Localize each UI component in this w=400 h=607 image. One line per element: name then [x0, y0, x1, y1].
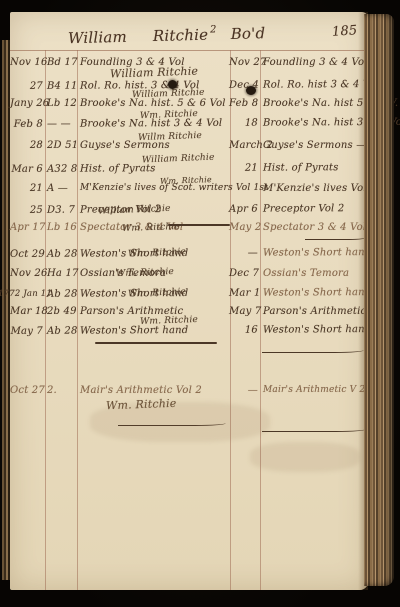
borrowed-annotation: Bo'd: [230, 24, 265, 43]
return-title: Mair's Arithmetic V 2: [263, 385, 367, 396]
return-title: Guyse's Sermons —: [263, 140, 367, 151]
return-date: Nov 27: [229, 57, 258, 68]
borrow-date: Jany 26: [10, 98, 43, 109]
shelf-code: D3. 7: [47, 205, 76, 216]
return-date: —: [229, 385, 258, 396]
borrower-signature: William Ritchie: [98, 204, 171, 218]
shelf-code: Ab 28: [47, 326, 76, 337]
return-date: Mar 1: [229, 288, 258, 299]
return-title: Ossian's Temora: [263, 268, 367, 279]
return-title: Spectator 3 & 4 Vol: [263, 222, 367, 233]
borrower-signature: Wm. Ritchie: [160, 174, 212, 187]
return-date: 16: [229, 325, 258, 336]
borrow-date: 27: [10, 81, 43, 92]
return-date: March 2: [229, 140, 258, 151]
borrower-signature: Wm. Ritchie: [140, 109, 198, 122]
ink-stroke: [168, 224, 230, 226]
ledger-entry: Oct 27 2. Mair's Arithmetic Vol 2 Wm. Ri…: [10, 385, 368, 403]
shelf-code: Ab 28: [47, 289, 76, 300]
shelf-code: Lb 12: [47, 98, 76, 109]
ledger-entry: Mar 18 2b 49 Parson's Arithmetic Wm. Rit…: [10, 306, 368, 324]
shelf-code: Bd 17: [47, 57, 76, 68]
ledger-entry: 25 D3. 7 Preceptor Vol 2 William Ritchie…: [10, 203, 368, 223]
shelf-code: Ha 17: [47, 268, 76, 279]
shelf-code: — —: [47, 119, 76, 130]
book-title: Mair's Arithmetic Vol 2: [80, 385, 230, 396]
borrow-date: Mar 6: [10, 164, 43, 175]
page-number: 185: [332, 25, 358, 38]
shelf-code: 2D 51: [47, 140, 76, 151]
borrow-date: May 7: [10, 326, 43, 337]
shelf-code: A32 8: [47, 164, 76, 175]
ink-stroke: [262, 349, 364, 353]
borrow-date: 25: [10, 205, 43, 216]
borrow-date: Feb 8: [10, 119, 43, 130]
ledger-entry: Nov 16 Bd 17 Foundling 3 & 4 Vol William…: [10, 57, 368, 75]
return-date: 18: [229, 118, 258, 129]
borrower-signature: Willm Ritchie: [138, 131, 202, 144]
return-title: Weston's Short hand: [263, 247, 367, 259]
ink-blot: [246, 86, 256, 95]
return-title: M'Kenzie's lives Vol 1st: [263, 183, 367, 194]
ledger-entry: 21 A — M'Kenzie's lives of Scot. writers…: [10, 183, 368, 201]
return-title: Brooke's Na. hist 5 & 6 V.: [263, 98, 367, 109]
return-title: Parson's Arithmetic: [263, 306, 367, 317]
ledger-page: WilliamRitchie2Bo'd 185 Nov 16 Bd 17 Fou…: [10, 12, 368, 590]
borrower-surname: Ritchie: [153, 26, 209, 45]
borrower-first-name: William: [68, 28, 127, 48]
return-title: Weston's Short hand: [263, 324, 367, 336]
return-date: —: [229, 248, 258, 259]
ledger-entry: Nov 26 Ha 17 Ossian's Temora Wm. Ritchie…: [10, 268, 368, 286]
borrow-date: Oct 27: [10, 385, 43, 396]
shelf-code: Ab 28: [47, 249, 76, 260]
header-rule: [10, 50, 368, 51]
borrow-date: Mar 18: [10, 306, 43, 317]
return-title: Brooke's Na. hist 3 & 4 Vol: [263, 117, 367, 129]
borrow-date: Nov 16: [10, 57, 43, 68]
return-date: 21: [229, 163, 258, 174]
shelf-code: 2.: [47, 385, 76, 396]
return-title: Rol. Ro. hist 3 & 4 Vol: [263, 79, 367, 91]
borrower-signature: William Ritchie: [110, 65, 199, 79]
shelf-code: B4 11: [47, 81, 76, 92]
borrow-date: 21: [10, 183, 43, 194]
ink-stroke: [95, 342, 217, 344]
borrow-date: Nov 26: [10, 268, 43, 279]
return-date: May 2: [229, 222, 258, 233]
return-date: Dec 7: [229, 268, 258, 279]
bleed-through: [250, 442, 360, 472]
return-title: Weston's Short hand —: [263, 287, 367, 299]
page-header: WilliamRitchie2Bo'd: [68, 27, 318, 47]
left-page-edges: [0, 40, 10, 580]
borrow-date: 28: [10, 140, 43, 151]
header-superscript: 2: [210, 24, 217, 35]
shelf-code: Lb 16: [47, 222, 76, 233]
ink-stroke: [262, 428, 366, 432]
return-date: Apr 6: [229, 204, 258, 215]
borrow-date: Apr 17: [10, 222, 43, 233]
return-title: Preceptor Vol 2: [263, 203, 367, 215]
book-title: Weston's Short hand: [80, 325, 230, 337]
borrower-signature: Wm. Ritchie: [128, 247, 186, 260]
return-date: May 7: [229, 306, 258, 317]
ledger-entry: May 7 Ab 28 Weston's Short hand 16 Westo…: [10, 324, 368, 344]
ink-blot: [168, 80, 177, 89]
return-title: Foundling 3 & 4 Vol.: [263, 57, 367, 68]
return-date: Feb 8: [229, 98, 258, 109]
bleed-through: [90, 402, 270, 442]
shelf-code: A —: [47, 183, 76, 194]
book-title: Parson's Arithmetic: [80, 306, 230, 317]
ledger-entry: Oct 29 Ab 28 Weston's Short hand Wm. Rit…: [10, 247, 368, 267]
borrower-signature: Wm. Ritchie: [116, 267, 174, 280]
return-title: Hist. of Pyrats: [263, 162, 367, 174]
borrow-date: Oct 29: [10, 249, 43, 260]
borrow-date: 1772 Jan 11: [0, 289, 43, 300]
borrower-signature: Wm. Ritchie: [128, 287, 186, 300]
shelf-code: 2b 49: [47, 306, 76, 317]
right-page-edges: [364, 14, 394, 586]
ledger-entry: 1772 Jan 11 Ab 28 Weston's Short hand Wm…: [10, 287, 368, 307]
